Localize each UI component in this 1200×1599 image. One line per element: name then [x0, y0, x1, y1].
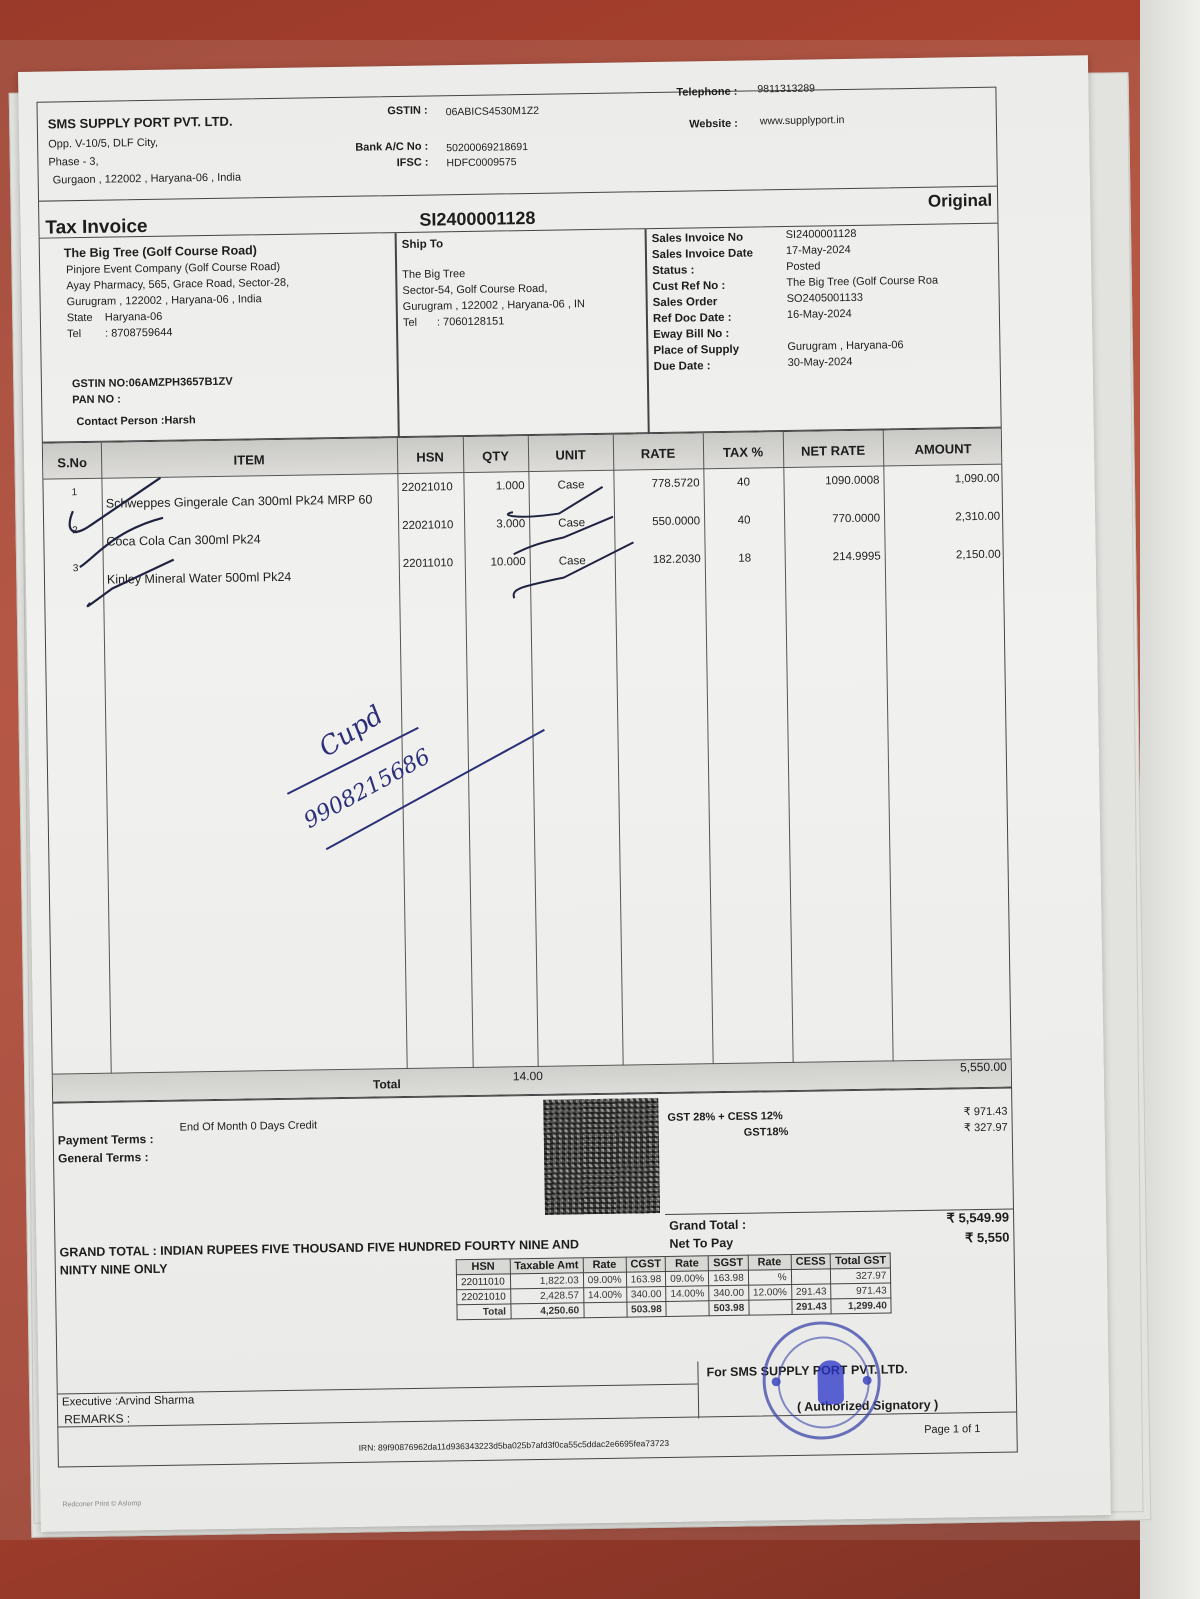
meta-value: 17-May-2024	[786, 244, 851, 257]
hsn-table-total-cell	[666, 1301, 709, 1317]
meta-label: Status :	[652, 264, 694, 277]
seller-name: SMS SUPPLY PORT PVT. LTD.	[48, 114, 233, 132]
bill-to-pan: PAN NO :	[72, 393, 121, 406]
parties-section: The Big Tree (Golf Course Road) Pinjore …	[39, 223, 1002, 443]
seller-address-line: Phase - 3,	[48, 156, 98, 169]
net-to-pay-value: ₹ 5,550	[965, 1230, 1010, 1247]
ifsc-code: HDFC0009575	[446, 156, 516, 169]
meta-label: Place of Supply	[653, 344, 739, 357]
seller-gstin: 06ABICS4530M1Z2	[446, 105, 540, 118]
hsn-table-total-cell: Total	[457, 1304, 511, 1320]
printed-by: Redconer Print © Aslomp	[62, 1500, 141, 1508]
grand-total-box: Grand Total : ₹ 5,549.99 Net To Pay ₹ 5,…	[665, 1209, 1014, 1256]
hsn-table-total-cell: 4,250.60	[510, 1303, 583, 1319]
meta-value: SO2405001133	[787, 292, 863, 305]
bill-to-tel: : 8708759644	[105, 327, 172, 340]
amount-in-words-cont: NINTY NINE ONLY	[60, 1262, 168, 1278]
page-indicator: Page 1 of 1	[924, 1423, 980, 1436]
seller-address-line: Opp. V-10/5, DLF City,	[48, 137, 158, 151]
divider	[645, 229, 650, 434]
seller-header: SMS SUPPLY PORT PVT. LTD. Opp. V-10/5, D…	[36, 87, 997, 202]
seller-address-line: Gurgaon , 122002 , Haryana-06 , India	[53, 172, 242, 187]
hsn-table-total-cell	[584, 1302, 627, 1318]
copy-type: Original	[928, 191, 993, 212]
hsn-table-header: CGST	[626, 1256, 666, 1272]
gst-summary-value: ₹ 327.97	[964, 1121, 1008, 1135]
net-to-pay-label: Net To Pay	[669, 1236, 733, 1251]
meta-label: Sales Order	[653, 296, 718, 309]
contact-person: Contact Person :Harsh	[76, 414, 195, 428]
item-net_rate: 214.9995	[785, 551, 881, 565]
payment-terms-value: End Of Month 0 Days Credit	[180, 1119, 318, 1133]
bill-to-line: Pinjore Event Company (Golf Course Road)	[66, 261, 280, 276]
remarks-label: REMARKS :	[64, 1411, 130, 1426]
hsn-table-header: HSN	[456, 1259, 510, 1275]
item-rate: 182.2030	[615, 553, 701, 566]
hsn-table-total-cell: 503.98	[627, 1301, 667, 1317]
bill-to-gstin: GSTIN NO:06AMZPH3657B1ZV	[72, 376, 233, 391]
total-qty: 14.00	[513, 1069, 543, 1083]
meta-value: Gurugram , Haryana-06	[787, 339, 903, 353]
bill-to-state-label: State	[67, 312, 93, 324]
column-divider	[783, 432, 795, 1092]
item-net_rate: 1090.0008	[783, 475, 879, 489]
seller-website: www.supplyport.in	[760, 114, 845, 127]
hsn-table-header: Rate	[748, 1255, 791, 1271]
hsn-table-cell: 22021010	[457, 1289, 511, 1305]
column-header-tax: TAX %	[703, 444, 783, 460]
meta-label: Due Date :	[654, 360, 711, 373]
bill-to-name: The Big Tree (Golf Course Road)	[64, 243, 257, 260]
hsn-table-header: CESS	[791, 1254, 831, 1270]
hsn-table-cell: 163.98	[709, 1270, 749, 1286]
hsn-table-cell: 163.98	[626, 1271, 666, 1287]
ship-to-tel: : 7060128151	[437, 315, 504, 328]
ship-to-tel-label: Tel	[403, 317, 417, 329]
item-tax: 18	[705, 552, 785, 565]
stamp-dot	[772, 1377, 781, 1386]
hsn-table-cell: 971.43	[831, 1283, 891, 1299]
invoice-page: SMS SUPPLY PORT PVT. LTD. Opp. V-10/5, D…	[18, 55, 1111, 1532]
gstin-label: GSTIN :	[368, 105, 428, 118]
stamp-dot	[863, 1376, 872, 1385]
meta-value: 16-May-2024	[787, 308, 852, 321]
item-rate: 550.0000	[614, 515, 700, 528]
column-divider	[703, 433, 715, 1093]
meta-value: The Big Tree (Golf Course Roa	[786, 275, 938, 289]
bill-to-tel-label: Tel	[67, 328, 81, 340]
hsn-table-cell: 22011010	[456, 1274, 510, 1290]
general-terms-label: General Terms :	[58, 1150, 149, 1165]
column-divider	[883, 430, 895, 1090]
hsn-table-cell: 340.00	[709, 1285, 749, 1301]
hsn-table-header: Total GST	[830, 1253, 890, 1269]
invoice-number-heading: SI2400001128	[419, 208, 535, 231]
divider	[395, 233, 400, 438]
qr-code	[543, 1098, 660, 1215]
invoice-footer: Payment Terms : End Of Month 0 Days Cred…	[52, 1088, 1017, 1428]
payment-terms-label: Payment Terms :	[58, 1132, 154, 1148]
hsn-table-header: Taxable Amt	[510, 1258, 583, 1274]
gst-summary-label: GST 28% + CESS 12%	[667, 1110, 782, 1124]
meta-label: Ref Doc Date :	[653, 312, 732, 325]
background-paper-edge	[1140, 0, 1200, 1599]
hsn-table-cell: 12.00%	[748, 1285, 791, 1301]
meta-label: Eway Bill No :	[653, 328, 729, 341]
gst-summary-label: GST18%	[744, 1126, 789, 1139]
ship-to-name: The Big Tree	[402, 268, 465, 281]
hsn-table-cell: %	[748, 1270, 791, 1286]
hsn-table-header: Rate	[583, 1257, 626, 1273]
item-amount: 2,310.00	[884, 511, 1000, 525]
executive: Executive :Arvind Sharma	[62, 1394, 194, 1408]
amount-in-words: GRAND TOTAL : INDIAN RUPEES FIVE THOUSAN…	[59, 1237, 579, 1259]
total-label: Total	[373, 1077, 401, 1091]
hsn-table-cell: 14.00%	[666, 1286, 709, 1302]
column-divider	[613, 435, 625, 1095]
meta-value: Posted	[786, 260, 820, 273]
bill-to-state: Haryana-06	[105, 311, 163, 324]
grand-total-label: Grand Total :	[669, 1218, 746, 1233]
invoice: SMS SUPPLY PORT PVT. LTD. Opp. V-10/5, D…	[36, 87, 996, 102]
hsn-table-cell: 291.43	[791, 1284, 831, 1300]
hsn-tax-table: HSNTaxable AmtRateCGSTRateSGSTRateCESSTo…	[456, 1252, 892, 1320]
bank-account: 50200069218691	[446, 141, 528, 154]
bill-to-line: Ayay Pharmacy, 565, Grace Road, Sector-2…	[66, 277, 289, 292]
handwritten-check-marks	[42, 453, 608, 832]
gst-summary-value: ₹ 971.43	[964, 1105, 1008, 1119]
total-amount: 5,550.00	[960, 1060, 1007, 1075]
hsn-table-cell: 1,822.03	[510, 1273, 583, 1289]
hsn-table-cell: 327.97	[831, 1268, 891, 1284]
hsn-table-cell: 2,428.57	[510, 1288, 583, 1304]
hsn-table-cell: 09.00%	[583, 1272, 626, 1288]
hsn-table-cell	[791, 1269, 831, 1285]
column-header-rate: RATE	[613, 445, 703, 461]
hsn-table-header: SGST	[708, 1255, 748, 1271]
item-amount: 2,150.00	[885, 549, 1001, 563]
gst-summary: GST 28% + CESS 12% ₹ 971.43 GST18% ₹ 327…	[663, 1089, 1013, 1214]
ifsc-label: IFSC :	[368, 157, 428, 170]
item-amount: 1,090.00	[883, 473, 999, 487]
hsn-table-total-cell: 291.43	[792, 1299, 832, 1315]
meta-value: 30-May-2024	[788, 356, 853, 369]
hsn-table-header: Rate	[665, 1256, 708, 1272]
ship-to-heading: Ship To	[402, 238, 443, 251]
bank-account-label: Bank A/C No :	[328, 141, 428, 155]
website-label: Website :	[658, 118, 738, 131]
hsn-table-total-cell: 1,299.40	[831, 1298, 891, 1314]
meta-label: Cust Ref No :	[652, 280, 725, 293]
hsn-table-cell: 340.00	[626, 1286, 666, 1302]
item-tax: 40	[704, 514, 784, 527]
column-header-amount: AMOUNT	[883, 441, 1003, 458]
item-tax: 40	[703, 476, 783, 489]
meta-label: Sales Invoice Date	[652, 247, 753, 261]
item-rate: 778.5720	[613, 477, 699, 490]
column-header-net_rate: NET RATE	[783, 442, 883, 459]
grand-total-value: ₹ 5,549.99	[946, 1210, 1009, 1227]
hsn-table-cell: 14.00%	[583, 1287, 626, 1303]
ship-to-line: Gurugram , 122002 , Haryana-06 , IN	[403, 298, 585, 313]
irn: IRN: 89f90876962da11d936343223d5ba025b7a…	[359, 1438, 670, 1453]
meta-label: Sales Invoice No	[652, 232, 744, 245]
ship-to-line: Sector-54, Golf Course Road,	[402, 283, 547, 297]
seller-telephone: 9811313289	[757, 82, 815, 95]
telephone-label: Telephone :	[657, 86, 737, 99]
hsn-table-cell: 09.00%	[666, 1271, 709, 1287]
hsn-table-total-cell	[749, 1300, 792, 1316]
hsn-table-total-cell: 503.98	[709, 1300, 749, 1316]
stamp-logo-icon	[817, 1360, 844, 1404]
bill-to-line: Gurugram , 122002 , Haryana-06 , India	[67, 293, 262, 308]
item-net_rate: 770.0000	[784, 513, 880, 527]
meta-value: SI2400001128	[786, 228, 857, 241]
